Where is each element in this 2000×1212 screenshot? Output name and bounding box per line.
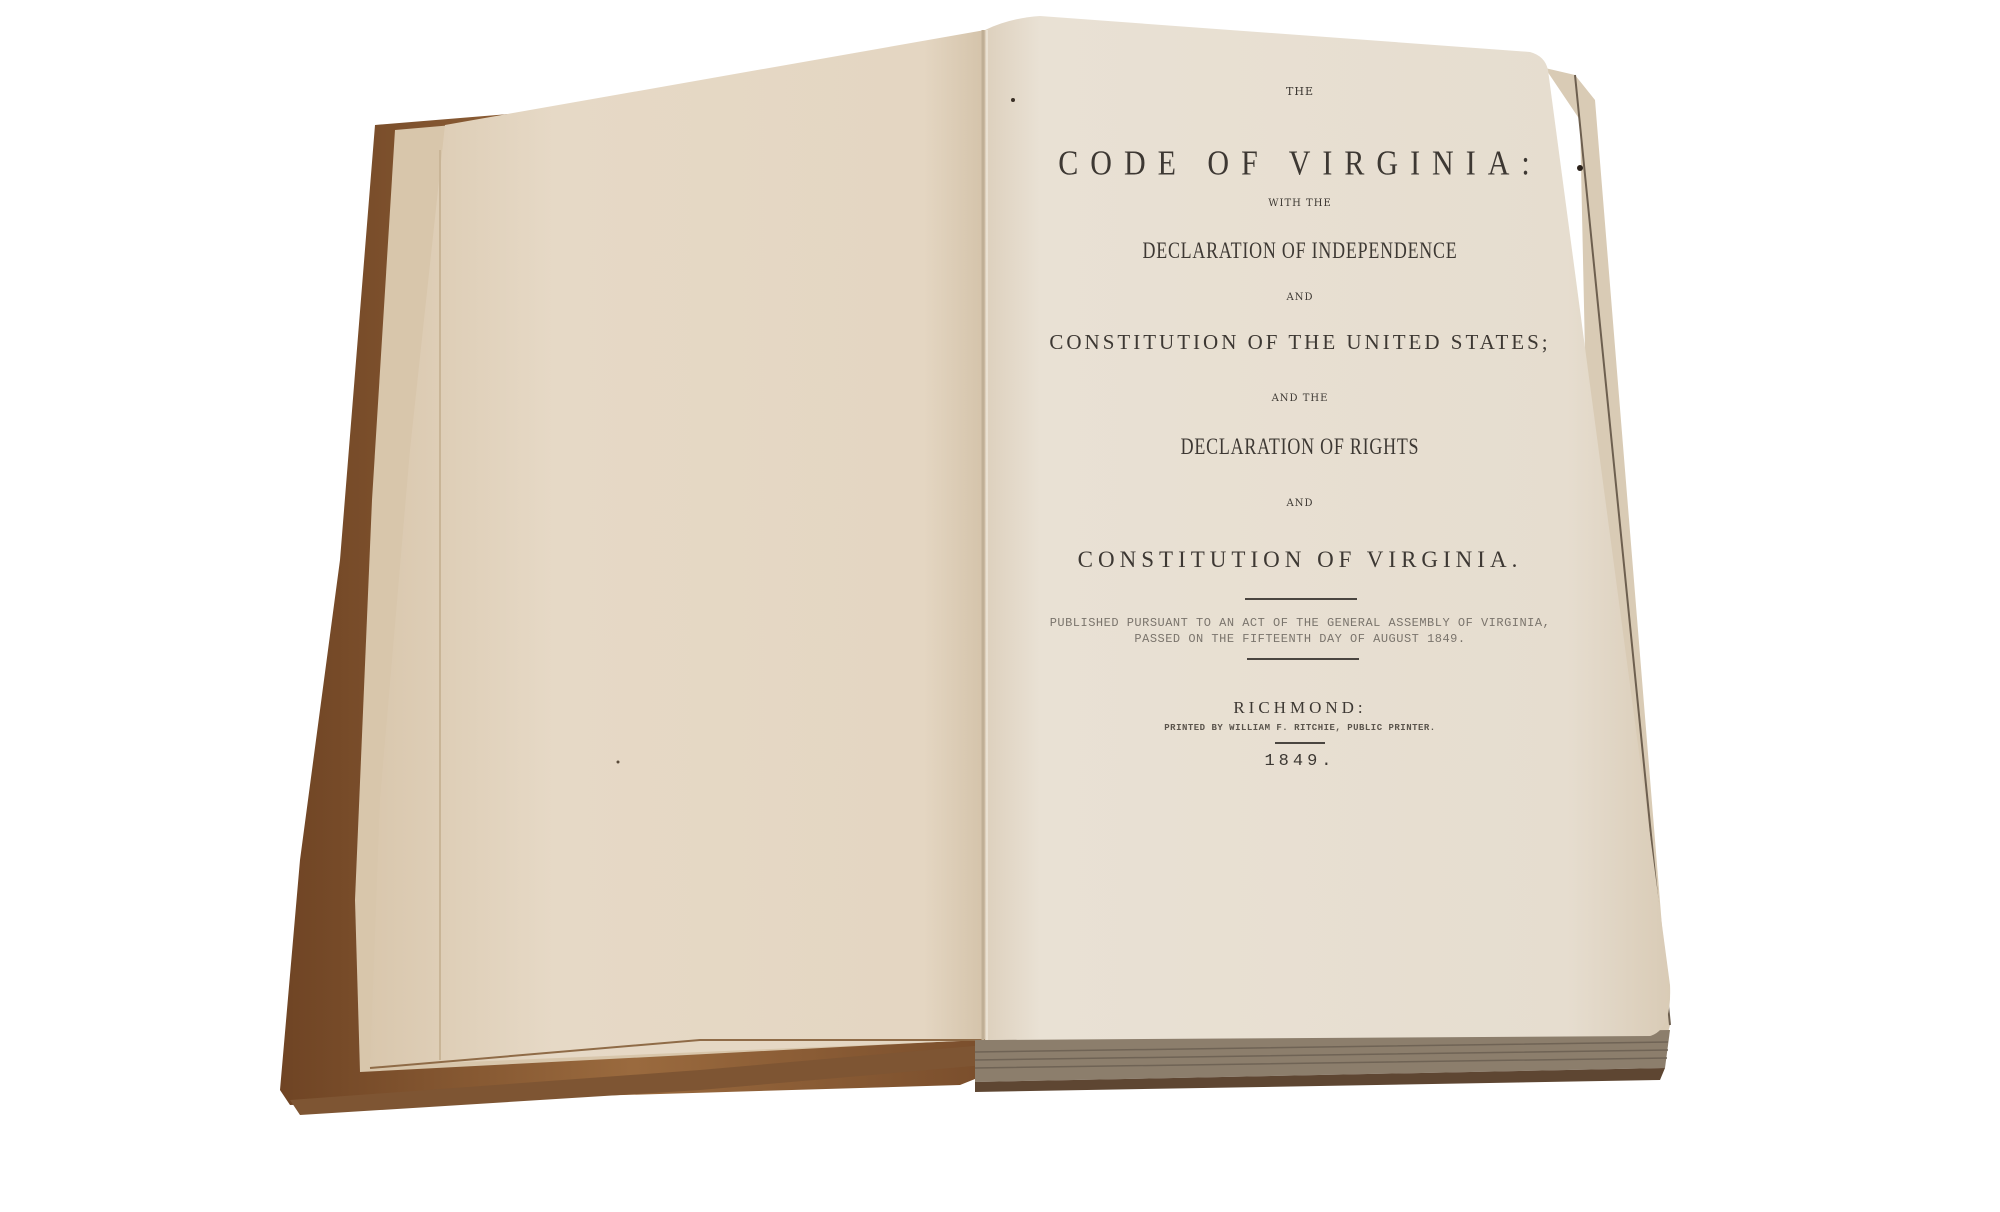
book-photo-scene: THE CODE OF VIRGINIA: WITH THE DECLARATI… — [0, 0, 2000, 1212]
main-title: CODE OF VIRGINIA: — [985, 144, 1615, 183]
printer-line: PRINTED BY WILLIAM F. RITCHIE, PUBLIC PR… — [985, 723, 1615, 733]
title-the: THE — [985, 85, 1615, 98]
and-text-1: AND — [985, 292, 1615, 303]
title-page-text: THE CODE OF VIRGINIA: WITH THE DECLARATI… — [985, 20, 1615, 1040]
and-text-2: AND — [985, 498, 1615, 509]
published-line-1: PUBLISHED PURSUANT TO AN ACT OF THE GENE… — [985, 616, 1615, 630]
declaration-independence-line: DECLARATION OF INDEPENDENCE — [1054, 238, 1545, 264]
declaration-rights-line: DECLARATION OF RIGHTS — [1054, 434, 1545, 460]
with-the-text: WITH THE — [985, 198, 1615, 209]
published-line-2: PASSED ON THE FIFTEENTH DAY OF AUGUST 18… — [985, 632, 1615, 646]
constitution-virginia-line: CONSTITUTION OF VIRGINIA. — [985, 547, 1615, 573]
divider-rule-1 — [1245, 598, 1357, 600]
constitution-us-line: CONSTITUTION OF THE UNITED STATES; — [985, 330, 1615, 355]
divider-rule-3 — [1275, 742, 1325, 744]
and-the-text: AND THE — [985, 393, 1615, 404]
publication-year: 1849. — [985, 752, 1615, 771]
left-flyleaf-page — [370, 30, 985, 1066]
place-richmond: RICHMOND: — [985, 698, 1615, 718]
divider-rule-2 — [1247, 658, 1359, 660]
